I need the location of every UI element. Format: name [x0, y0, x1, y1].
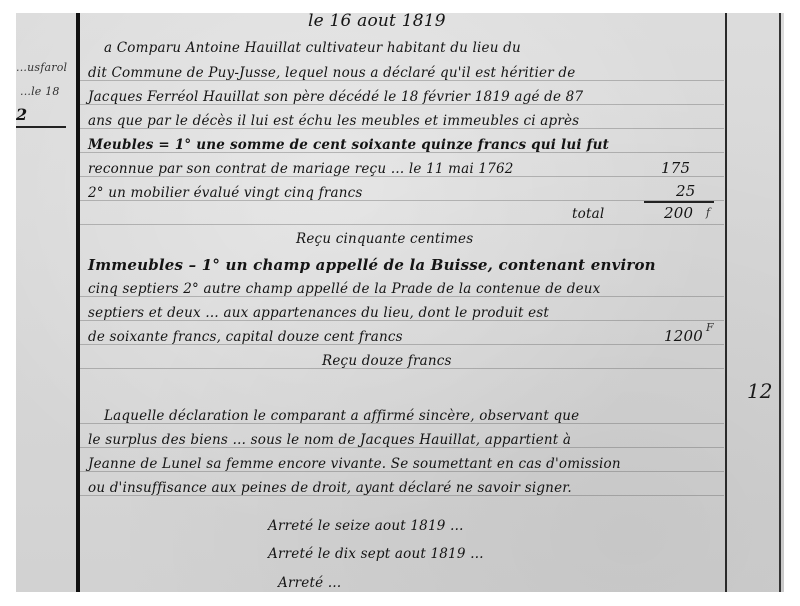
margin-underline: [16, 126, 66, 128]
text-line: septiers et deux … aux appartenances du …: [88, 305, 549, 321]
immeubles-currency: F: [706, 321, 714, 334]
text-line: reconnue par son contrat de mariage reçu…: [88, 161, 514, 177]
ledger-rule: [80, 224, 724, 225]
text-line: dit Commune de Puy-Jusse, lequel nous a …: [88, 65, 575, 81]
amount-meubles-2: 25: [676, 182, 696, 200]
amount-total: 200: [664, 204, 693, 222]
text-line: a Comparu Antoine Hauillat cultivateur h…: [104, 40, 521, 56]
text-line: Laquelle déclaration le comparant a affi…: [104, 408, 579, 424]
receipt-line: Reçu douze francs: [322, 353, 452, 369]
text-line-meubles: Meubles = 1° une somme de cent soixante …: [88, 137, 609, 153]
text-line: cinq septiers 2° autre champ appellé de …: [88, 281, 600, 297]
text-line: de soixante francs, capital douze cent f…: [88, 329, 403, 345]
closing-line: Arreté le seize aout 1819 …: [268, 518, 464, 534]
text-line: le surplus des biens … sous le nom de Ja…: [88, 432, 571, 448]
margin-note: 2: [16, 105, 27, 124]
left-margin-rule: [76, 13, 80, 592]
entry-date-heading: le 16 aout 1819: [308, 13, 446, 31]
closing-line: Arreté le dix sept aout 1819 …: [268, 546, 484, 562]
total-label: total: [572, 206, 604, 222]
right-column-rule-outer: [779, 13, 781, 592]
sum-line: [644, 201, 714, 203]
receipt-line: Reçu cinquante centimes: [296, 231, 473, 247]
right-column-rule-inner: [725, 13, 727, 592]
amount-meubles-1: 175: [661, 159, 690, 177]
left-margin: ...usfarol ...le 18 2: [16, 13, 76, 592]
closing-line: Arreté …: [278, 575, 341, 591]
text-line: Jeanne de Lunel sa femme encore vivante.…: [88, 456, 621, 472]
margin-note: ...usfarol: [16, 61, 67, 74]
text-line: ou d'insuffisance aux peines de droit, a…: [88, 480, 572, 496]
total-currency: f: [706, 206, 710, 219]
register-page: ...usfarol ...le 18 2 le 16 aout 1819 a …: [16, 13, 784, 592]
right-column-number: 12: [747, 379, 772, 403]
margin-note: ...le 18: [20, 85, 60, 98]
amount-immeubles: 1200: [664, 327, 703, 345]
text-line-immeubles: Immeubles – 1° un champ appellé de la Bu…: [88, 256, 656, 274]
text-line: Jacques Ferréol Hauillat son père décédé…: [88, 89, 583, 105]
text-line: 2° un mobilier évalué vingt cinq francs: [88, 185, 363, 201]
text-line: ans que par le décès il lui est échu les…: [88, 113, 579, 129]
